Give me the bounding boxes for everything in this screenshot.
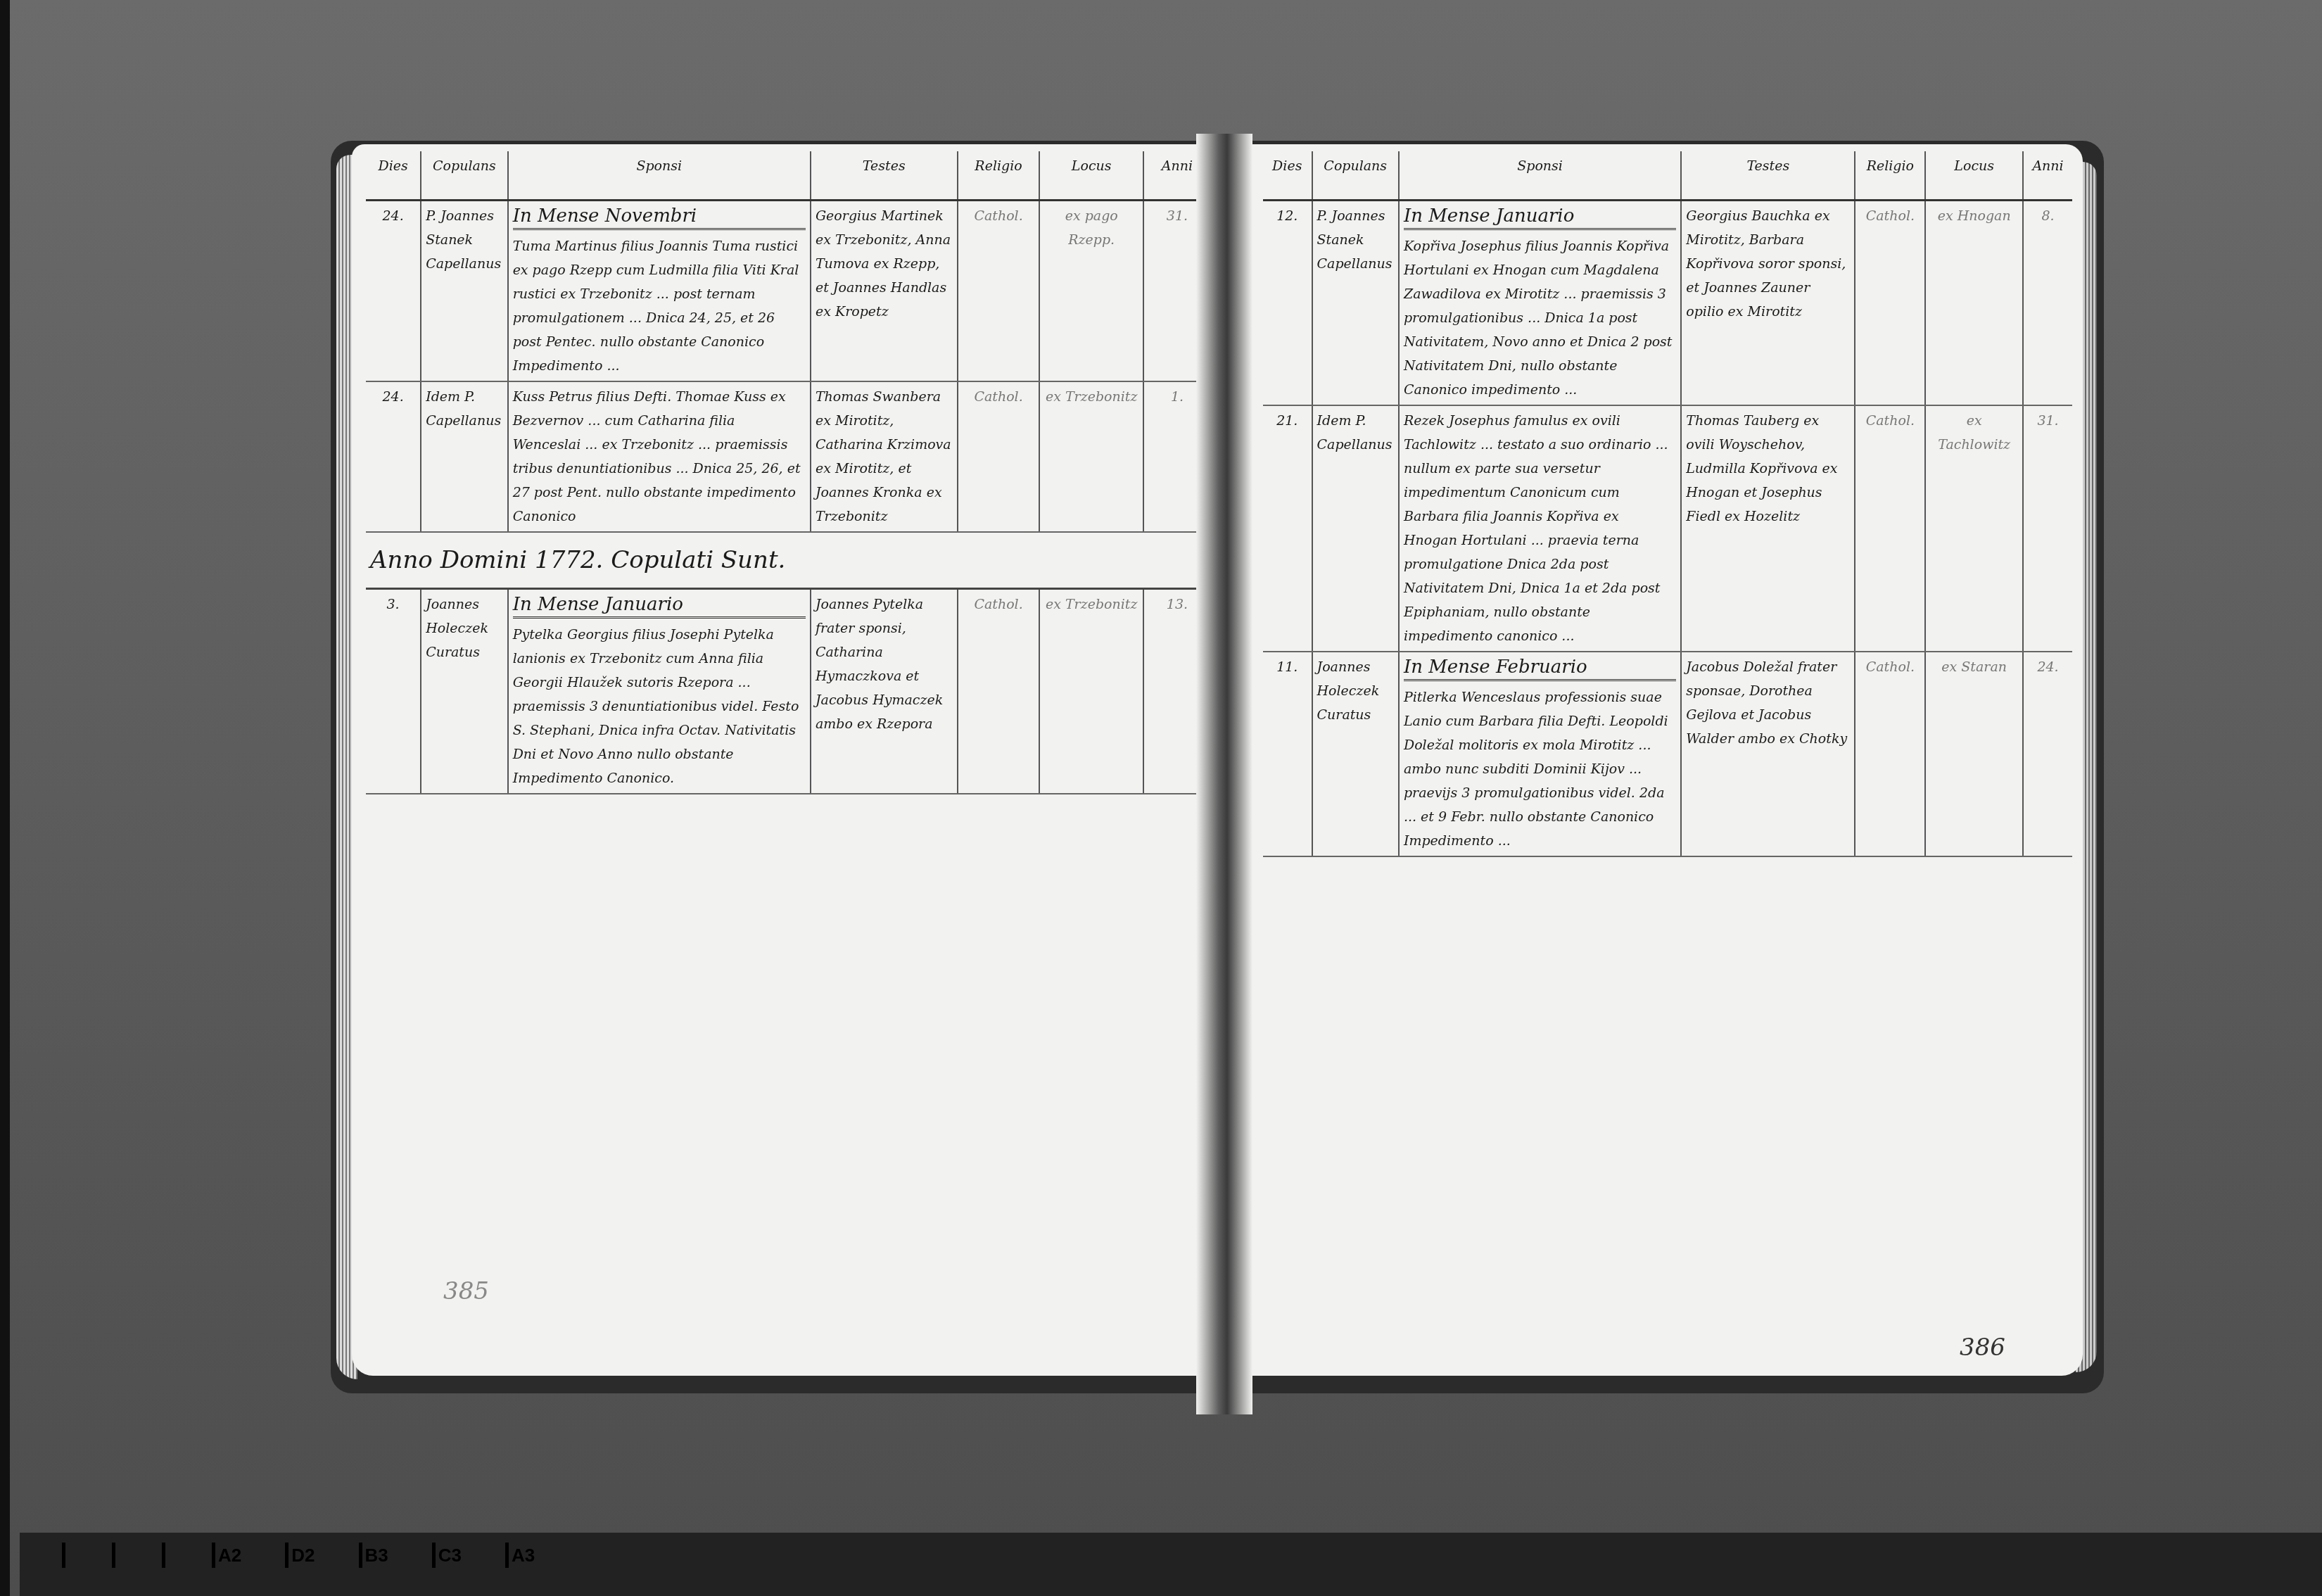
column-header: Dies bbox=[1263, 151, 1312, 201]
year-heading: Anno Domini 1772. Copulati Sunt. bbox=[366, 532, 1210, 589]
entry-spouses: In Mense JanuarioKopřiva Josephus filius… bbox=[1399, 201, 1681, 406]
ruler-mark: B3 bbox=[359, 1543, 388, 1568]
entry-witnesses: Thomas Swanbera ex Mirotitz, Catharina K… bbox=[811, 381, 958, 532]
entry-religion: Cathol. bbox=[1855, 405, 1925, 652]
register-entry: 24.Idem P. CapellanusKuss Petrus filius … bbox=[366, 381, 1210, 532]
page-number-right: 386 bbox=[1960, 1334, 2005, 1362]
ruler-mark: D2 bbox=[285, 1543, 315, 1568]
column-header: Sponsi bbox=[1399, 151, 1681, 201]
entry-officiant: Idem P. Capellanus bbox=[1312, 405, 1399, 652]
column-header: Testes bbox=[1681, 151, 1855, 201]
entry-day: 11. bbox=[1263, 652, 1312, 856]
entry-place: ex Hnogan bbox=[1925, 201, 2023, 406]
film-edge bbox=[0, 0, 10, 1596]
entry-officiant: Joannes Holeczek Curatus bbox=[421, 589, 507, 794]
spouses-text: Rezek Josephus famulus ex ovili Tachlowi… bbox=[1404, 413, 1668, 644]
entry-age: 31. bbox=[2023, 405, 2072, 652]
column-header: Anni bbox=[2023, 151, 2072, 201]
entry-witnesses: Thomas Tauberg ex ovili Woyschehov, Ludm… bbox=[1681, 405, 1855, 652]
entry-officiant: Idem P. Capellanus bbox=[421, 381, 507, 532]
ruler-mark bbox=[62, 1543, 68, 1568]
entry-spouses: In Mense JanuarioPytelka Georgius filius… bbox=[508, 589, 811, 794]
register-table-right: DiesCopulansSponsiTestesReligioLocusAnni… bbox=[1263, 151, 2072, 857]
entry-religion: Cathol. bbox=[958, 589, 1040, 794]
entry-day: 24. bbox=[366, 381, 421, 532]
register-entry: 11.Joannes Holeczek CuratusIn Mense Febr… bbox=[1263, 652, 2072, 856]
entry-officiant: P. Joannes Stanek Capellanus bbox=[1312, 201, 1399, 406]
entry-day: 12. bbox=[1263, 201, 1312, 406]
column-header: Locus bbox=[1925, 151, 2023, 201]
register-entry: 3.Joannes Holeczek CuratusIn Mense Janua… bbox=[366, 589, 1210, 794]
entry-witnesses: Georgius Bauchka ex Mirotitz, Barbara Ko… bbox=[1681, 201, 1855, 406]
entry-day: 21. bbox=[1263, 405, 1312, 652]
month-heading: In Mense Januario bbox=[513, 593, 806, 619]
entry-spouses: In Mense FebruarioPitlerka Wenceslaus pr… bbox=[1399, 652, 1681, 856]
page-number-left: 385 bbox=[443, 1277, 489, 1305]
register-entry: 24.P. Joannes Stanek CapellanusIn Mense … bbox=[366, 201, 1210, 382]
entry-officiant: P. Joannes Stanek Capellanus bbox=[421, 201, 507, 382]
column-header: Locus bbox=[1039, 151, 1143, 201]
ruler-mark bbox=[112, 1543, 118, 1568]
ruler-mark: A3 bbox=[505, 1543, 535, 1568]
entry-witnesses: Jacobus Doležal frater sponsae, Dorothea… bbox=[1681, 652, 1855, 856]
entry-witnesses: Georgius Martinek ex Trzebonitz, Anna Tu… bbox=[811, 201, 958, 382]
entry-age: 8. bbox=[2023, 201, 2072, 406]
ruler-mark: C3 bbox=[432, 1543, 462, 1568]
column-header: Religio bbox=[958, 151, 1040, 201]
entry-day: 24. bbox=[366, 201, 421, 382]
entry-day: 3. bbox=[366, 589, 421, 794]
spouses-text: Kuss Petrus filius Defti. Thomae Kuss ex… bbox=[513, 389, 801, 524]
month-heading: In Mense Januario bbox=[1404, 204, 1676, 230]
year-heading-row: Anno Domini 1772. Copulati Sunt. bbox=[366, 532, 1210, 589]
register-entry: 12.P. Joannes Stanek CapellanusIn Mense … bbox=[1263, 201, 2072, 406]
right-page: DiesCopulansSponsiTestesReligioLocusAnni… bbox=[1242, 144, 2083, 1376]
entry-religion: Cathol. bbox=[958, 201, 1040, 382]
entry-place: ex pago Rzepp. bbox=[1039, 201, 1143, 382]
entry-place: ex Staran bbox=[1925, 652, 2023, 856]
entry-place: ex Tachlowitz bbox=[1925, 405, 2023, 652]
film-ruler: A2D2B3C3A3 bbox=[62, 1543, 535, 1568]
register-entry: 21.Idem P. CapellanusRezek Josephus famu… bbox=[1263, 405, 2072, 652]
entry-religion: Cathol. bbox=[958, 381, 1040, 532]
entry-spouses: In Mense NovembriTuma Martinus filius Jo… bbox=[508, 201, 811, 382]
entry-place: ex Trzebonitz bbox=[1039, 589, 1143, 794]
month-heading: In Mense Novembri bbox=[513, 204, 806, 230]
entry-spouses: Rezek Josephus famulus ex ovili Tachlowi… bbox=[1399, 405, 1681, 652]
column-header: Copulans bbox=[421, 151, 507, 201]
spouses-text: Pitlerka Wenceslaus professionis suae La… bbox=[1404, 690, 1668, 849]
ruler-mark bbox=[162, 1543, 168, 1568]
ruler-mark: A2 bbox=[212, 1543, 241, 1568]
spouses-text: Kopřiva Josephus filius Joannis Kopřiva … bbox=[1404, 239, 1673, 398]
entry-religion: Cathol. bbox=[1855, 201, 1925, 406]
spouses-text: Tuma Martinus filius Joannis Tuma rustic… bbox=[513, 239, 799, 374]
column-header: Religio bbox=[1855, 151, 1925, 201]
entry-age: 24. bbox=[2023, 652, 2072, 856]
register-table-left: DiesCopulansSponsiTestesReligioLocusAnni… bbox=[366, 151, 1210, 794]
entry-spouses: Kuss Petrus filius Defti. Thomae Kuss ex… bbox=[508, 381, 811, 532]
entry-place: ex Trzebonitz bbox=[1039, 381, 1143, 532]
column-header: Sponsi bbox=[508, 151, 811, 201]
entry-religion: Cathol. bbox=[1855, 652, 1925, 856]
film-strip: A2D2B3C3A3 bbox=[20, 1533, 2322, 1596]
month-heading: In Mense Februario bbox=[1404, 655, 1676, 681]
column-header: Testes bbox=[811, 151, 958, 201]
spouses-text: Pytelka Georgius filius Josephi Pytelka … bbox=[513, 627, 799, 786]
entry-witnesses: Joannes Pytelka frater sponsi, Catharina… bbox=[811, 589, 958, 794]
book-gutter bbox=[1196, 134, 1252, 1414]
left-page: DiesCopulansSponsiTestesReligioLocusAnni… bbox=[352, 144, 1217, 1376]
column-header: Copulans bbox=[1312, 151, 1399, 201]
column-header: Dies bbox=[366, 151, 421, 201]
entry-officiant: Joannes Holeczek Curatus bbox=[1312, 652, 1399, 856]
